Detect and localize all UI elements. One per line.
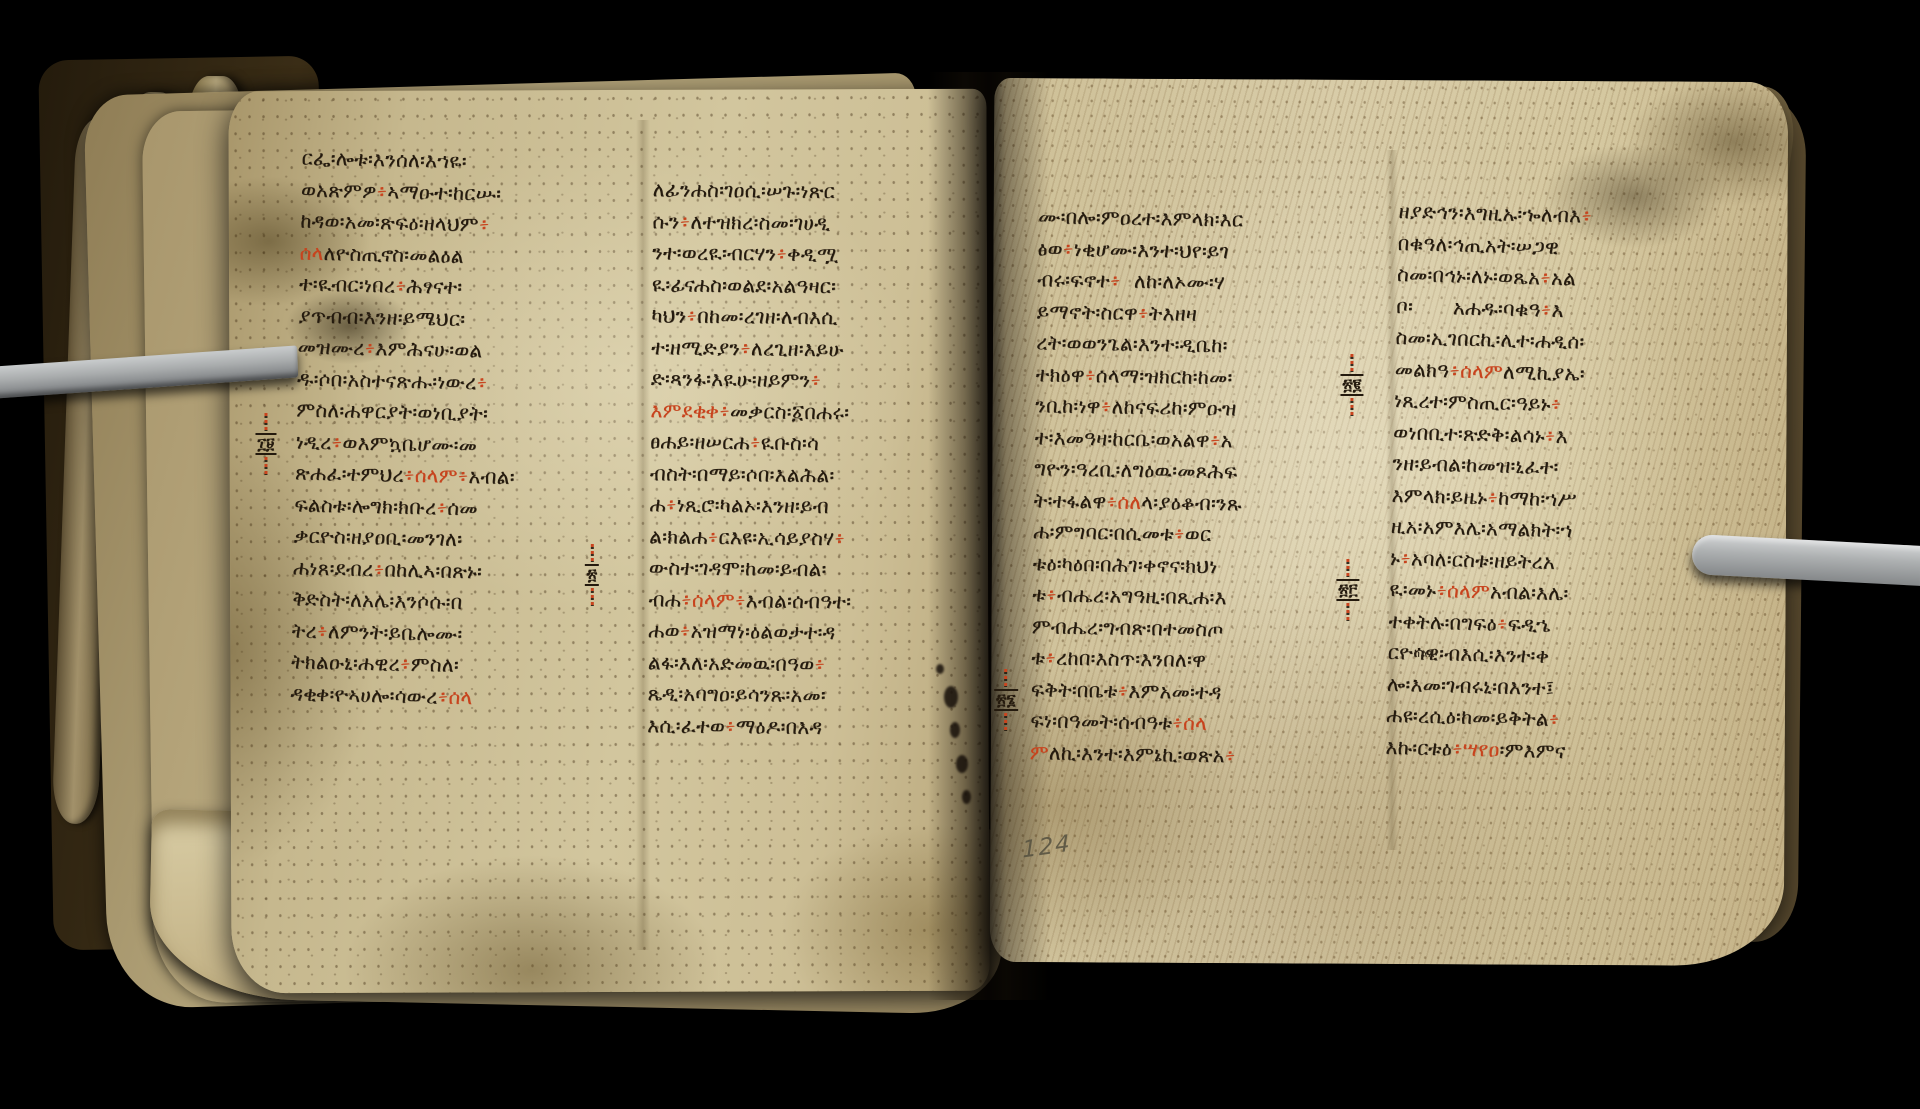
text-line: ቱ፥ረከበ፡እስጥ፡እንበለ፡ዋ bbox=[1031, 642, 1385, 679]
rubricated-text: ም bbox=[1030, 740, 1049, 764]
marginal-stanza-number: ፳፪ bbox=[1340, 352, 1363, 418]
rubricated-text: ፥ bbox=[1497, 611, 1508, 635]
text-line: ፍነ፡በዓመት፡ሰብዓቱ፥ሰላ bbox=[1030, 705, 1384, 742]
marginal-stanza-number: ፳ bbox=[585, 542, 599, 608]
text-line: ሐ፥ነጺሮ፡ካልኦ፡እንዘ፡ይብ bbox=[649, 489, 991, 524]
text-line: ንተ፡ወረዪ፡ብርሃን፥ቀዲሟ bbox=[652, 237, 994, 272]
text-line: ግዮን፡ዓረቢ፡ለግዕዉ፡መጾሕፍ bbox=[1034, 453, 1388, 490]
ink-smudge bbox=[956, 755, 968, 773]
rubricated-text: ፥ bbox=[1487, 485, 1498, 509]
text-line: ዪ፡ፊናሐስ፡ወልደ፡አልዓዛር፡ bbox=[652, 269, 994, 304]
rubricated-text: ፥ bbox=[479, 212, 490, 236]
rubricated-text: ፥ bbox=[810, 368, 821, 392]
text-line: ምለኪ፡እንተ፡እምኔኪ፡ወጽአ፥ bbox=[1030, 737, 1384, 774]
text-line: ሱን፥ለተዝክረ፡ስመ፡ገሀዲ bbox=[652, 206, 994, 241]
rubricated-text: ፥ bbox=[395, 273, 406, 297]
rubricated-text: ፥ሰላ bbox=[1172, 710, 1207, 735]
text-line: ለፊንሐስ፡ገዐሲ፡ሠጉ፡ነጽር bbox=[653, 174, 995, 209]
rubricated-text: እምደቂቀ፥ bbox=[650, 398, 730, 423]
marginal-stanza-number: ፳፫ bbox=[1336, 557, 1359, 623]
rubricated-text: ሰላ bbox=[299, 240, 323, 264]
rubricated-text: ፥ bbox=[400, 652, 411, 676]
rubricated-text: ፥ bbox=[331, 430, 342, 454]
rubricated-text: ፥ bbox=[1225, 743, 1236, 767]
text-line: ሙ፡በሎ፡ምዐረተ፡እምላክ፡እር bbox=[1038, 201, 1392, 238]
rubricated-text: ፥ሰላ bbox=[437, 684, 472, 709]
text-line: ድ፡ጻንፋ፡እዪሁ፡ዘይምን፥ bbox=[651, 363, 993, 398]
rubricated-text: ፥ bbox=[1210, 427, 1221, 451]
rubricated-text: ፥ሰላም bbox=[1449, 358, 1503, 383]
rubricated-text: ፥ bbox=[834, 526, 845, 550]
rubricated-text: ፥ሰላም፥ bbox=[681, 587, 746, 612]
right-page-column-2: ዘያድኅን፡እግዚኡ፡ኈለብእ፥በቁዓለ፡ኅጢአት፡ሠጋዊስመ፡በኅኑ፡ለኑ፡ወ… bbox=[1385, 196, 1737, 771]
right-page-column-1: ሙ፡በሎ፡ምዐረተ፡እምላክ፡እርፅወ፥ነቂሆሙ፡እንተ፡ህየ፡ይገብሩ፡ፍኖተ… bbox=[1030, 201, 1393, 773]
text-line: ረት፡ወወንጌል፡እንተ፡ዲቤከ፡ bbox=[1036, 327, 1390, 364]
rubricated-text: ፥ bbox=[1117, 678, 1128, 702]
rubricated-text: ፥ bbox=[686, 304, 697, 328]
marginal-stanza-number: ፲፱ bbox=[255, 411, 276, 477]
text-line: ተ፡ዘሚድያን፥ለረጊዘ፡እይሁ bbox=[651, 332, 993, 367]
rubricated-text: ፥ bbox=[1085, 363, 1096, 387]
marginal-stanza-number: ፳፮ bbox=[994, 667, 1018, 733]
left-page-column-2: ለፊንሐስ፡ገዐሲ፡ሠጉ፡ነጽርሱን፥ለተዝክረ፡ስመ፡ገሀዲንተ፡ወረዪ፡ብር… bbox=[647, 174, 995, 745]
rubricated-text: ፥ሣየዐ bbox=[1452, 736, 1500, 761]
rubricated-text: ፥ bbox=[1540, 265, 1551, 289]
rubricated-text: ፥ bbox=[708, 524, 719, 548]
rubricated-text: ፥ bbox=[364, 336, 375, 360]
rubricated-text: ፥ bbox=[666, 492, 677, 516]
rubricated-text: ፥ bbox=[750, 430, 761, 454]
rubricated-text: ፥ bbox=[317, 618, 328, 642]
rubricated-text: ፥ bbox=[1045, 645, 1056, 669]
ink-smudge bbox=[962, 790, 971, 804]
text-line: ብሩ፡ፍኖተ፥ ለከ፡ለኦሙ፡ሃ bbox=[1037, 264, 1391, 301]
text-line: ቱ፥ብሔረ፡አግዓዚ፡በጺሐ፡እ bbox=[1032, 579, 1386, 616]
left-page-column-1: ርፌ፡ሎቱ፡እንሰለ፡እኀዬ፡ወአጽምዎ፥ኣማዑተ፡ከርሡ፡ከዳወ፡አመ፡ጽፍዕ… bbox=[290, 142, 644, 716]
text-line: እሲ፡ፈተወ፥ማዕዶ፡በእዳ bbox=[647, 710, 989, 745]
rubricated-text: ፥ bbox=[1063, 236, 1074, 260]
text-line: ሐ፡ምግባር፡በሲመቱ፥ወር bbox=[1033, 516, 1387, 553]
rubricated-text: ፥ bbox=[1581, 203, 1592, 227]
text-line: ሐወ፥አዝማነ፡ዕልወታተ፡ዳ bbox=[648, 615, 990, 650]
text-line: ውስተ፡ገዳሞ፡ከመ፡ይብል፡ bbox=[649, 552, 991, 587]
rubricated-text: ፥ bbox=[476, 370, 487, 394]
rubricated-text: ፥ bbox=[680, 619, 691, 643]
rubricated-text: ፥ bbox=[740, 336, 751, 360]
rubricated-text: ፥ bbox=[814, 651, 825, 675]
rubricated-text: ፥ሰላም፥ bbox=[404, 463, 469, 488]
rubricated-text: ፥ bbox=[1400, 546, 1411, 570]
text-line: ንቢከ፡ነዋ፥ለከናፍሪከ፡ምዑዝ bbox=[1035, 390, 1389, 427]
interlinear-correction-note: ካልአ፡ bbox=[1414, 647, 1438, 661]
rubricated-text: ፥ bbox=[1549, 707, 1560, 731]
text-line: እምደቂቀ፥መቃርስ፡፩በሐሩ፡ bbox=[650, 395, 992, 430]
text-line: ካህን፥በከመ፡ረገዘ፡ለብእሲ bbox=[651, 300, 993, 335]
text-line: ል፡ክልሐ፥ርእዩ፡ኢሳይያስሃ፥ bbox=[649, 521, 991, 556]
rubricated-text: ፥ bbox=[1046, 582, 1057, 606]
rubricated-text: ፥ bbox=[1101, 394, 1112, 418]
rubricated-text: ፥ bbox=[725, 714, 736, 738]
manuscript-photo: ርፌ፡ሎቱ፡እንሰለ፡እኀዬ፡ወአጽምዎ፥ኣማዑተ፡ከርሡ፡ከዳወ፡አመ፡ጽፍዕ… bbox=[0, 0, 1920, 1109]
text-line: ብስት፡በማይ፡ሶበ፡እልሕል፡ bbox=[650, 458, 992, 493]
rubricated-text: ፥ bbox=[679, 209, 690, 233]
rubricated-text: ፥ bbox=[436, 495, 447, 519]
rubricated-text: ፥ bbox=[776, 242, 787, 266]
text-line: ጼዲ፡አባግዐ፡ይሳንጹ፡አመ፡ bbox=[647, 678, 989, 713]
rubricated-text: ፥ bbox=[1550, 392, 1561, 416]
text-line: ፀሐይ፡ዘሠርሐ፥ዪቡስ፡ሳ bbox=[650, 426, 992, 461]
text-line: ብሐ፥ሰላም፥እብል፡ሰብዓተ፡ bbox=[648, 584, 990, 619]
text-line: ልፋ፡እለ፡አድመዉ፡በዓወ፥ bbox=[648, 647, 990, 682]
rubricated-text: ፥ bbox=[1138, 300, 1149, 324]
rubricated-text: ፥ሰለ bbox=[1106, 489, 1141, 514]
rubricated-text: ፥ሰላም bbox=[1436, 578, 1490, 603]
